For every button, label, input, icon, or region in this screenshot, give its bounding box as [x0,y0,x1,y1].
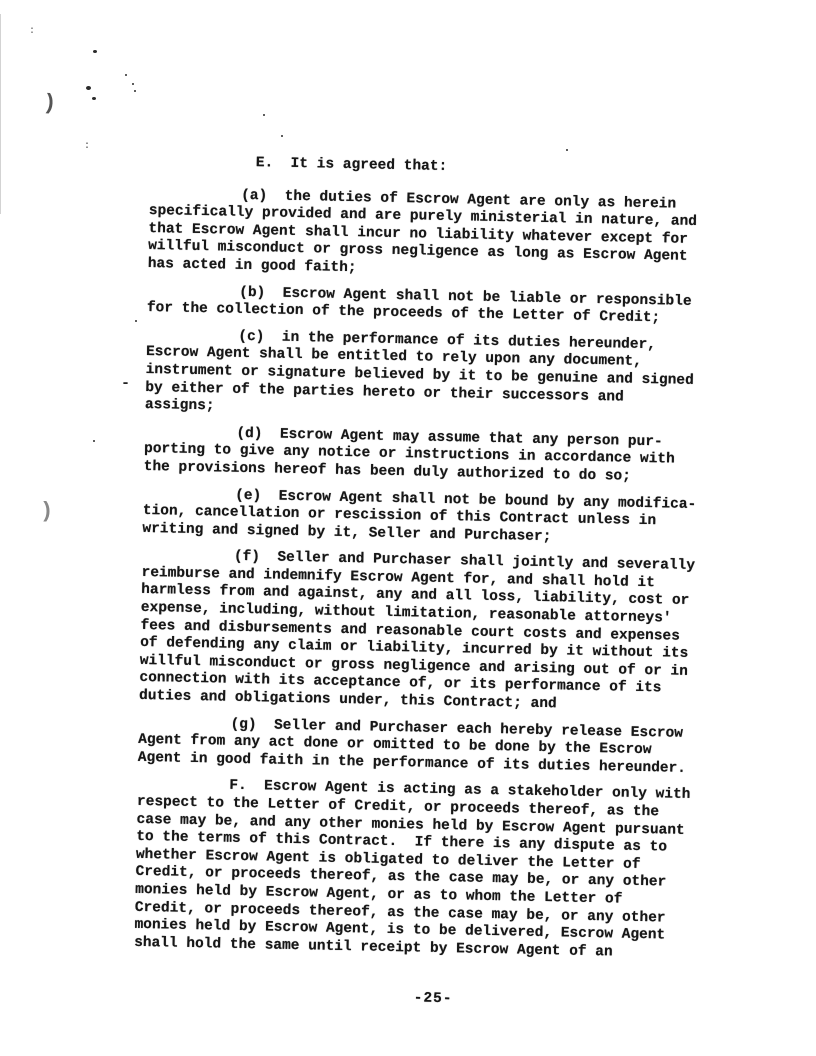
clause-a: (a) the duties of Escrow Agent are only … [148,186,750,286]
scan-speckle [92,97,96,100]
scan-mark-dash: - [121,376,130,391]
clause-b: (b) Escrow Agent shall not be liable or … [147,283,748,330]
scan-speckle [566,149,568,151]
scan-speckle [135,320,137,322]
scan-speckle [281,135,283,137]
scan-mark-colon: : [84,142,90,152]
page-number: -25- [133,985,733,1015]
scan-speckle [93,50,97,53]
scan-mark-paren: ) [42,93,57,116]
clause-f: (f) Seller and Purchaser shall jointly a… [139,547,742,717]
scan-speckle [93,440,95,442]
scan-mark-paren: ) [40,501,53,523]
scan-speckle [125,74,127,76]
clause-e: (e) Escrow Agent shall not be bound by a… [142,485,743,550]
scan-edge-artifact [0,14,1,214]
scan-mark-colon: : [29,27,35,37]
clause-c: (c) in the performance of its duties her… [145,327,747,427]
scanned-contract-page: { "document": { "heading": "E. It is agr… [0,0,816,1056]
clause-g: (g) Seller and Purchaser each hereby rel… [138,715,739,780]
contract-text-block: E. It is agreed that: (a) the duties of … [133,153,750,1015]
scan-speckle [132,83,134,85]
scan-speckle [134,90,136,92]
section-e-heading: E. It is agreed that: [150,153,750,183]
scan-speckle [86,86,91,90]
scan-speckle [263,114,265,116]
section-f-paragraph: F. Escrow Agent is acting as a stakehold… [134,776,737,964]
clause-d: (d) Escrow Agent may assume that any per… [144,424,745,489]
